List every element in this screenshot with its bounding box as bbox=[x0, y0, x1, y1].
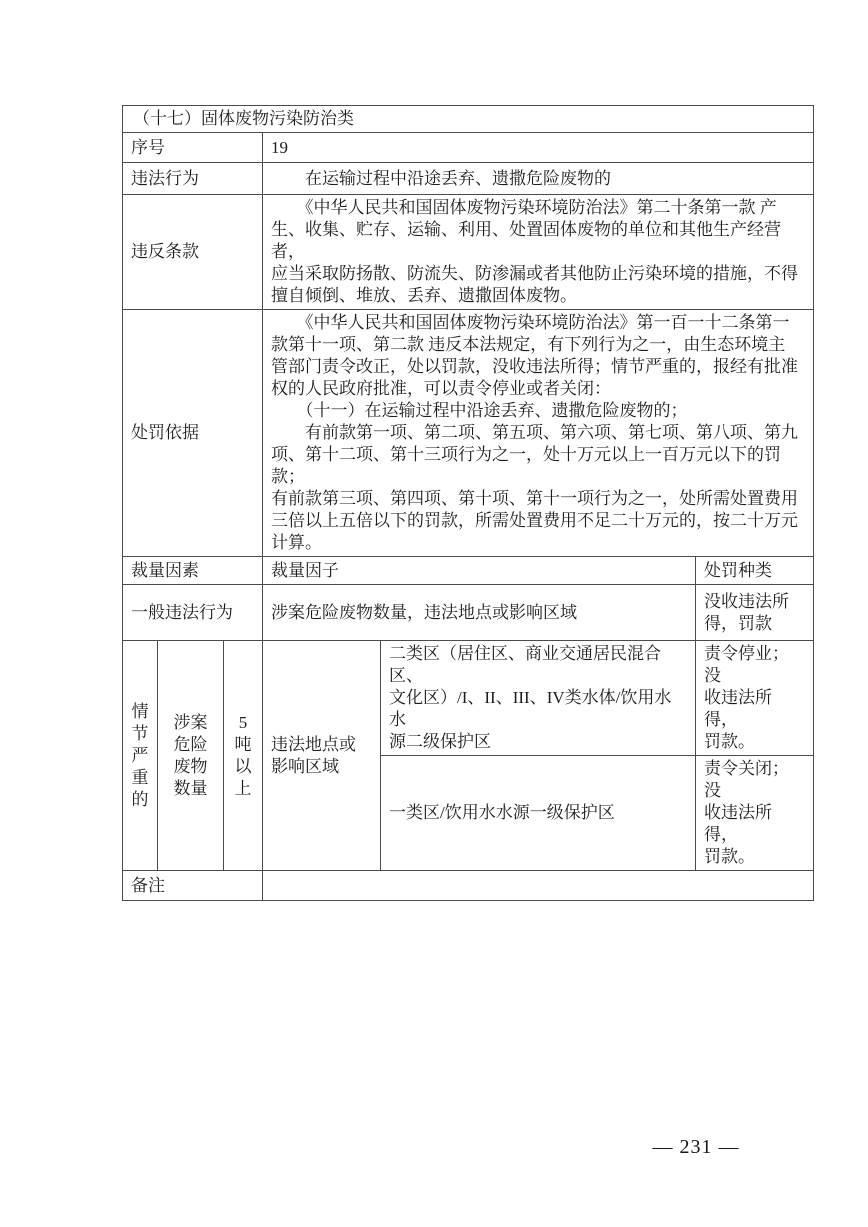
severe-case-area-2: 一类区/饮用水水源一级保护区 bbox=[381, 756, 696, 871]
discretion-factor-category-label: 裁量因素 bbox=[123, 557, 263, 585]
severe-case-area-1: 二类区（居住区、商业交通居民混合区、 文化区）/I、II、III、IV类水体/饮… bbox=[381, 641, 696, 756]
violation-act-value: 在运输过程中沿途丢弃、遗撒危险废物的 bbox=[263, 163, 814, 195]
general-violation-penalty: 没收违法所 得，罚款 bbox=[696, 585, 814, 641]
quantity-threshold: 5 吨 以 上 bbox=[224, 641, 263, 871]
severe-circumstance-label: 情 节 严 重 的 bbox=[123, 641, 158, 871]
violation-act-label: 违法行为 bbox=[123, 163, 263, 195]
location-factor-label: 违法地点或 影响区域 bbox=[263, 641, 381, 871]
regulation-table: （十七）固体废物污染防治类 序号 19 违法行为 在运输过程中沿途丢弃、遗撒危险… bbox=[122, 105, 814, 901]
penalty-type-label: 处罚种类 bbox=[696, 557, 814, 585]
serial-value: 19 bbox=[263, 133, 814, 163]
involved-waste-quantity-label: 涉案 危险 废物 数量 bbox=[158, 641, 224, 871]
page-number: — 231 — bbox=[641, 1136, 751, 1159]
violated-clause-value: 《中华人民共和国固体废物污染环境防治法》第二十条第一款 产 生、收集、贮存、运输… bbox=[263, 195, 814, 310]
remarks-label: 备注 bbox=[123, 871, 263, 901]
section-title: （十七）固体废物污染防治类 bbox=[123, 106, 814, 133]
violated-clause-label: 违反条款 bbox=[123, 195, 263, 310]
serial-label: 序号 bbox=[123, 133, 263, 163]
document-page: （十七）固体废物污染防治类 序号 19 违法行为 在运输过程中沿途丢弃、遗撒危险… bbox=[0, 0, 868, 1227]
severe-case-penalty-2: 责令关闭；没 收违法所得， 罚款。 bbox=[696, 756, 814, 871]
severe-case-penalty-1: 责令停业；没 收违法所得， 罚款。 bbox=[696, 641, 814, 756]
remarks-value bbox=[263, 871, 814, 901]
penalty-basis-value: 《中华人民共和国固体废物污染环境防治法》第一百一十二条第一 款第十一项、第二款 … bbox=[263, 310, 814, 557]
discretion-factor-label: 裁量因子 bbox=[263, 557, 696, 585]
general-violation-factor: 涉案危险废物数量，违法地点或影响区域 bbox=[263, 585, 696, 641]
penalty-basis-label: 处罚依据 bbox=[123, 310, 263, 557]
general-violation-label: 一般违法行为 bbox=[123, 585, 263, 641]
